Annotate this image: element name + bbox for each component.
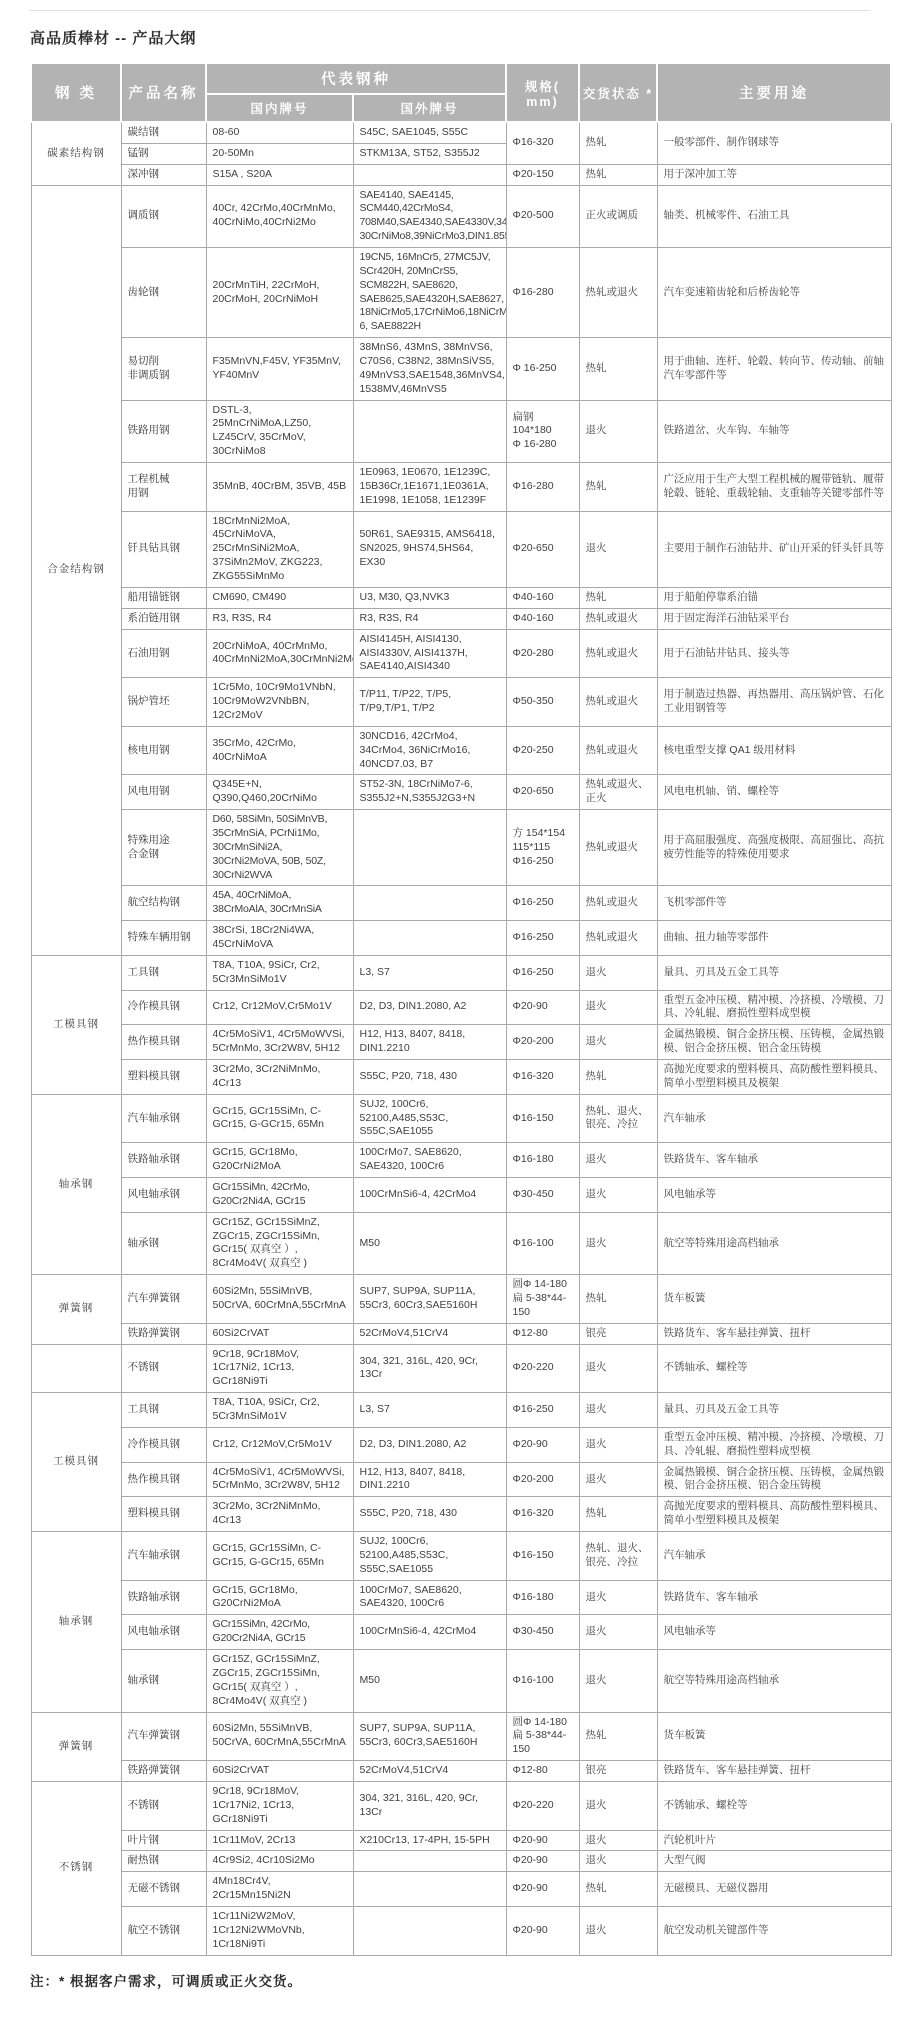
spec-cell: Φ16-250 bbox=[506, 1393, 579, 1428]
header-rep-grades: 代表钢种 bbox=[206, 63, 506, 94]
spec-cell: 方 154*154 115*115 Φ16-250 bbox=[506, 810, 579, 886]
usage-cell: 用于船舶停靠系泊锚 bbox=[657, 587, 891, 608]
domestic-grade-cell: 60Si2CrVAT bbox=[206, 1323, 353, 1344]
foreign-grade-cell bbox=[353, 400, 506, 462]
footer-note: 注：* 根据客户需求，可调质或正火交货。 bbox=[30, 1970, 870, 1990]
usage-cell: 金属热锻模、铜合金挤压模、压铸模，金属热锻模、铝合金挤压模、铝合金压铸模 bbox=[657, 1025, 891, 1060]
spec-cell: Φ20-250 bbox=[506, 726, 579, 775]
domestic-grade-cell: 60Si2Mn, 55SiMnVB, 50CrVA, 60CrMnA,55CrM… bbox=[206, 1275, 353, 1324]
usage-cell: 用于石油钻井钻具、接头等 bbox=[657, 629, 891, 678]
spec-cell: Φ20-90 bbox=[506, 1830, 579, 1851]
steel-class-cell: 工模具钢 bbox=[31, 1393, 121, 1532]
table-row: 核电用钢35CrMo, 42CrMo, 40CrNiMoA30NCD16, 42… bbox=[31, 726, 891, 775]
delivery-cell: 热轧或退火 bbox=[579, 608, 657, 629]
delivery-cell: 退火 bbox=[579, 1650, 657, 1712]
delivery-cell: 银亮 bbox=[579, 1761, 657, 1782]
foreign-grade-cell: SUJ2, 100Cr6, 52100,A485,S53C, S55C,SAE1… bbox=[353, 1532, 506, 1581]
table-row: 热作模具钢4Cr5MoSiV1, 4Cr5MoWVSi, 5CrMnMo, 3C… bbox=[31, 1462, 891, 1497]
domestic-grade-cell: 45A, 40CrNiMoA, 38CrMoAlA, 30CrMnSiA bbox=[206, 886, 353, 921]
usage-cell: 无磁模具、无磁仪器用 bbox=[657, 1872, 891, 1907]
product-name-cell: 轴承钢 bbox=[121, 1212, 206, 1274]
delivery-cell: 正火或调质 bbox=[579, 185, 657, 247]
domestic-grade-cell: GCr15Z, GCr15SiMnZ, ZGCr15, ZGCr15SiMn, … bbox=[206, 1212, 353, 1274]
foreign-grade-cell: 52CrMoV4,51CrV4 bbox=[353, 1323, 506, 1344]
spec-cell: Φ16-280 bbox=[506, 463, 579, 512]
table-row: 工模具钢工具钢T8A, T10A, 9SiCr, Cr2, 5Cr3MnSiMo… bbox=[31, 1393, 891, 1428]
usage-cell: 金属热锻模、铜合金挤压模、压铸模，金属热锻模、铝合金挤压模、铝合金压铸模 bbox=[657, 1462, 891, 1497]
product-name-cell: 碳结钢 bbox=[121, 122, 206, 143]
spec-cell: Φ20-90 bbox=[506, 1851, 579, 1872]
domestic-grade-cell: 1Cr11Ni2W2MoV, 1Cr12Ni2WMoVNb, 1Cr18Ni9T… bbox=[206, 1906, 353, 1955]
delivery-cell: 热轧 bbox=[579, 164, 657, 185]
product-name-cell: 核电用钢 bbox=[121, 726, 206, 775]
delivery-cell: 退火 bbox=[579, 1344, 657, 1393]
spec-cell: Φ20-90 bbox=[506, 990, 579, 1025]
header-steel-class: 钢 类 bbox=[31, 63, 121, 122]
domestic-grade-cell: 9Cr18, 9Cr18MoV, 1Cr17Ni2, 1Cr13, GCr18N… bbox=[206, 1781, 353, 1830]
steel-class-cell: 不锈钢 bbox=[31, 1781, 121, 1955]
usage-cell: 用于深冲加工等 bbox=[657, 164, 891, 185]
spec-cell: Φ50-350 bbox=[506, 678, 579, 727]
usage-cell: 重型五金冲压模、精冲模、冷挤模、冷墩模、刀具、冷轧辊、磨损性塑料成型模 bbox=[657, 1427, 891, 1462]
usage-cell: 汽车轴承 bbox=[657, 1094, 891, 1143]
product-name-cell: 风电轴承钢 bbox=[121, 1178, 206, 1213]
delivery-cell: 热轧 bbox=[579, 463, 657, 512]
delivery-cell: 热轧或退火 bbox=[579, 726, 657, 775]
spec-cell: Φ20-200 bbox=[506, 1025, 579, 1060]
table-row: 锅炉管坯1Cr5Mo, 10Cr9Mo1VNbN, 10Cr9MoW2VNbBN… bbox=[31, 678, 891, 727]
delivery-cell: 退火 bbox=[579, 1851, 657, 1872]
product-name-cell: 塑料模具钢 bbox=[121, 1497, 206, 1532]
product-name-cell: 易切削 非调质钢 bbox=[121, 338, 206, 400]
domestic-grade-cell: 60Si2CrVAT bbox=[206, 1761, 353, 1782]
product-name-cell: 热作模具钢 bbox=[121, 1025, 206, 1060]
foreign-grade-cell: L3, S7 bbox=[353, 1393, 506, 1428]
foreign-grade-cell: 304, 321, 316L, 420, 9Cr, 13Cr bbox=[353, 1344, 506, 1393]
foreign-grade-cell: 50R61, SAE9315, AMS6418, SN2025, 9HS74,5… bbox=[353, 511, 506, 587]
table-row: 特殊车辆用钢38CrSi, 18Cr2Ni4WA, 45CrNiMoVAΦ16-… bbox=[31, 921, 891, 956]
domestic-grade-cell: GCr15, GCr18Mo, G20CrNi2MoA bbox=[206, 1143, 353, 1178]
foreign-grade-cell: 52CrMoV4,51CrV4 bbox=[353, 1761, 506, 1782]
foreign-grade-cell bbox=[353, 1872, 506, 1907]
steel-class-cell: 合金结构钢 bbox=[31, 185, 121, 955]
spec-cell: Φ12-80 bbox=[506, 1323, 579, 1344]
table-row: 轴承钢GCr15Z, GCr15SiMnZ, ZGCr15, ZGCr15SiM… bbox=[31, 1212, 891, 1274]
delivery-cell: 热轧或退火 bbox=[579, 886, 657, 921]
domestic-grade-cell: 4Cr5MoSiV1, 4Cr5MoWVSi, 5CrMnMo, 3Cr2W8V… bbox=[206, 1025, 353, 1060]
header-delivery: 交货状态 * bbox=[579, 63, 657, 122]
delivery-cell: 热轧或退火 bbox=[579, 810, 657, 886]
table-row: 热作模具钢4Cr5MoSiV1, 4Cr5MoWVSi, 5CrMnMo, 3C… bbox=[31, 1025, 891, 1060]
product-name-cell: 铁路弹簧钢 bbox=[121, 1323, 206, 1344]
usage-cell: 轴类、机械零件、石油工具 bbox=[657, 185, 891, 247]
foreign-grade-cell: 30NCD16, 42CrMo4, 34CrMo4, 36NiCrMo16, 4… bbox=[353, 726, 506, 775]
foreign-grade-cell: SUP7, SUP9A, SUP11A, 55Cr3, 60Cr3,SAE516… bbox=[353, 1712, 506, 1761]
product-name-cell: 工具钢 bbox=[121, 1393, 206, 1428]
domestic-grade-cell: S15A , S20A bbox=[206, 164, 353, 185]
delivery-cell: 热轧或退火、正火 bbox=[579, 775, 657, 810]
product-name-cell: 冷作模具钢 bbox=[121, 1427, 206, 1462]
product-name-cell: 调质钢 bbox=[121, 185, 206, 247]
steel-class-cell: 轴承钢 bbox=[31, 1094, 121, 1274]
delivery-cell: 热轧 bbox=[579, 122, 657, 164]
product-name-cell: 无磁不锈钢 bbox=[121, 1872, 206, 1907]
domestic-grade-cell: Q345E+N, Q390,Q460,20CrNiMo bbox=[206, 775, 353, 810]
domestic-grade-cell: 9Cr18, 9Cr18MoV, 1Cr17Ni2, 1Cr13, GCr18N… bbox=[206, 1344, 353, 1393]
domestic-grade-cell: 20-50Mn bbox=[206, 143, 353, 164]
usage-cell: 高抛光度要求的塑料模具、高防酸性塑料模具、简单小型塑料模具及模架 bbox=[657, 1059, 891, 1094]
usage-cell: 航空发动机关键部件等 bbox=[657, 1906, 891, 1955]
delivery-cell: 热轧 bbox=[579, 1497, 657, 1532]
spec-cell: Φ20-90 bbox=[506, 1427, 579, 1462]
domestic-grade-cell: DSTL-3, 25MnCrNiMoA,LZ50, LZ45CrV, 35CrM… bbox=[206, 400, 353, 462]
foreign-grade-cell: SUJ2, 100Cr6, 52100,A485,S53C, S55C,SAE1… bbox=[353, 1094, 506, 1143]
domestic-grade-cell: GCr15, GCr15SiMn, C-GCr15, G-GCr15, 65Mn bbox=[206, 1094, 353, 1143]
table-row: 轴承钢汽车轴承钢GCr15, GCr15SiMn, C-GCr15, G-GCr… bbox=[31, 1532, 891, 1581]
usage-cell: 核电重型支撑 QA1 级用材料 bbox=[657, 726, 891, 775]
usage-cell: 铁路货车、客车轴承 bbox=[657, 1580, 891, 1615]
table-row: 轴承钢汽车轴承钢GCr15, GCr15SiMn, C-GCr15, G-GCr… bbox=[31, 1094, 891, 1143]
steel-class-cell: 工模具钢 bbox=[31, 955, 121, 1094]
foreign-grade-cell: S45C, SAE1045, S55C bbox=[353, 122, 506, 143]
delivery-cell: 退火 bbox=[579, 1830, 657, 1851]
product-name-cell: 锅炉管坯 bbox=[121, 678, 206, 727]
foreign-grade-cell bbox=[353, 810, 506, 886]
delivery-cell: 退火 bbox=[579, 1615, 657, 1650]
steel-class-cell: 弹簧钢 bbox=[31, 1712, 121, 1781]
table-row: 耐热钢4Cr9Si2, 4Cr10Si2MoΦ20-90退火大型气阀 bbox=[31, 1851, 891, 1872]
usage-cell: 铁路货车、客车悬挂弹簧、扭杆 bbox=[657, 1761, 891, 1782]
table-row: 叶片钢1Cr11MoV, 2Cr13X210Cr13, 17-4PH, 15-5… bbox=[31, 1830, 891, 1851]
domestic-grade-cell: 35CrMo, 42CrMo, 40CrNiMoA bbox=[206, 726, 353, 775]
usage-cell: 用于曲轴、连杆、轮毂、转向节、传动轴、前轴汽车零部件等 bbox=[657, 338, 891, 400]
domestic-grade-cell: 20CrNiMoA, 40CrMnMo, 40CrMnNi2MoA,30CrMn… bbox=[206, 629, 353, 678]
domestic-grade-cell: 3Cr2Mo, 3Cr2NiMnMo, 4Cr13 bbox=[206, 1497, 353, 1532]
foreign-grade-cell: X210Cr13, 17-4PH, 15-5PH bbox=[353, 1830, 506, 1851]
usage-cell: 主要用于制作石油钻井、矿山开采的钎头钎具等 bbox=[657, 511, 891, 587]
table-row: 铁路用钢DSTL-3, 25MnCrNiMoA,LZ50, LZ45CrV, 3… bbox=[31, 400, 891, 462]
usage-cell: 不锈轴承、螺栓等 bbox=[657, 1781, 891, 1830]
spec-cell: Φ30-450 bbox=[506, 1178, 579, 1213]
delivery-cell: 退火 bbox=[579, 1212, 657, 1274]
domestic-grade-cell: 38CrSi, 18Cr2Ni4WA, 45CrNiMoVA bbox=[206, 921, 353, 956]
spec-cell: Φ20-280 bbox=[506, 629, 579, 678]
table-row: 风电用钢Q345E+N, Q390,Q460,20CrNiMoST52-3N, … bbox=[31, 775, 891, 810]
usage-cell: 货车板簧 bbox=[657, 1712, 891, 1761]
delivery-cell: 退火 bbox=[579, 1427, 657, 1462]
delivery-cell: 热轧或退火 bbox=[579, 921, 657, 956]
foreign-grade-cell: 100CrMo7, SAE8620, SAE4320, 100Cr6 bbox=[353, 1143, 506, 1178]
table-row: 弹簧钢汽车弹簧钢60Si2Mn, 55SiMnVB, 50CrVA, 60CrM… bbox=[31, 1275, 891, 1324]
delivery-cell: 热轧 bbox=[579, 338, 657, 400]
product-name-cell: 铁路轴承钢 bbox=[121, 1580, 206, 1615]
product-name-cell: 石油用钢 bbox=[121, 629, 206, 678]
foreign-grade-cell: ST52-3N, 18CrNiMo7-6, S355J2+N,S355J2G3+… bbox=[353, 775, 506, 810]
usage-cell: 量具、刃具及五金工具等 bbox=[657, 1393, 891, 1428]
product-name-cell: 锰钢 bbox=[121, 143, 206, 164]
foreign-grade-cell: T/P11, T/P22, T/P5, T/P9,T/P1, T/P2 bbox=[353, 678, 506, 727]
foreign-grade-cell: 100CrMnSi6-4, 42CrMo4 bbox=[353, 1615, 506, 1650]
domestic-grade-cell: 35MnB, 40CrBM, 35VB, 45B bbox=[206, 463, 353, 512]
usage-cell: 货车板簧 bbox=[657, 1275, 891, 1324]
delivery-cell: 退火 bbox=[579, 955, 657, 990]
product-name-cell: 齿轮钢 bbox=[121, 248, 206, 338]
spec-cell: Φ16-150 bbox=[506, 1532, 579, 1581]
table-row: 风电轴承钢GCr15SiMn, 42CrMo, G20Cr2Ni4A, GCr1… bbox=[31, 1615, 891, 1650]
foreign-grade-cell bbox=[353, 921, 506, 956]
domestic-grade-cell: 4Mn18Cr4V, 2Cr15Mn15Ni2N bbox=[206, 1872, 353, 1907]
delivery-cell: 退火 bbox=[579, 1906, 657, 1955]
foreign-grade-cell: M50 bbox=[353, 1650, 506, 1712]
product-name-cell: 特殊车辆用钢 bbox=[121, 921, 206, 956]
product-outline-table: 钢 类 产品名称 代表钢种 规格( mm) 交货状态 * 主要用途 国内牌号 国… bbox=[30, 62, 892, 1956]
delivery-cell: 退火 bbox=[579, 1178, 657, 1213]
domestic-grade-cell: GCr15, GCr15SiMn, C-GCr15, G-GCr15, 65Mn bbox=[206, 1532, 353, 1581]
domestic-grade-cell: CM690, CM490 bbox=[206, 587, 353, 608]
table-row: 碳素结构钢碳结钢08-60S45C, SAE1045, S55CΦ16-320热… bbox=[31, 122, 891, 143]
delivery-cell: 退火 bbox=[579, 1462, 657, 1497]
delivery-cell: 退火 bbox=[579, 1580, 657, 1615]
foreign-grade-cell: M50 bbox=[353, 1212, 506, 1274]
domestic-grade-cell: D60, 58SiMn, 50SiMnVB, 35CrMnSiA, PCrNi1… bbox=[206, 810, 353, 886]
foreign-grade-cell: 19CN5, 16MnCr5, 27MC5JV, SCr420H, 20MnCr… bbox=[353, 248, 506, 338]
domestic-grade-cell: F35MnVN,F45V, YF35MnV, YF40MnV bbox=[206, 338, 353, 400]
spec-cell: Φ20-200 bbox=[506, 1462, 579, 1497]
foreign-grade-cell: 100CrMo7, SAE8620, SAE4320, 100Cr6 bbox=[353, 1580, 506, 1615]
spec-cell: Φ16-150 bbox=[506, 1094, 579, 1143]
product-name-cell: 汽车轴承钢 bbox=[121, 1094, 206, 1143]
steel-class-cell bbox=[31, 1344, 121, 1393]
spec-cell: Φ20-500 bbox=[506, 185, 579, 247]
spec-cell: Φ16-100 bbox=[506, 1650, 579, 1712]
header-row-main: 钢 类 产品名称 代表钢种 规格( mm) 交货状态 * 主要用途 bbox=[31, 63, 891, 94]
page-title: 高品质棒材 -- 产品大纲 bbox=[30, 27, 870, 48]
spec-cell: 圆Φ 14-180 扁 5-38*44-150 bbox=[506, 1275, 579, 1324]
table-row: 钎具钻具钢18CrMnNi2MoA, 45CrNiMoVA, 25CrMnSiN… bbox=[31, 511, 891, 587]
spec-cell: Φ16-180 bbox=[506, 1580, 579, 1615]
table-row: 深冲钢S15A , S20AΦ20-150热轧用于深冲加工等 bbox=[31, 164, 891, 185]
product-name-cell: 工程机械 用钢 bbox=[121, 463, 206, 512]
delivery-cell: 热轧 bbox=[579, 1712, 657, 1761]
table-row: 特殊用途 合金钢D60, 58SiMn, 50SiMnVB, 35CrMnSiA… bbox=[31, 810, 891, 886]
domestic-grade-cell: 20CrMnTiH, 22CrMoH, 20CrMoH, 20CrNiMoH bbox=[206, 248, 353, 338]
foreign-grade-cell: S55C, P20, 718, 430 bbox=[353, 1497, 506, 1532]
delivery-cell: 热轧 bbox=[579, 1872, 657, 1907]
document-page: 高品质棒材 -- 产品大纲 钢 类 产品名称 代表钢种 规格( mm) 交货状态… bbox=[0, 0, 900, 2020]
usage-cell: 铁路货车、客车轴承 bbox=[657, 1143, 891, 1178]
spec-cell: Φ20-90 bbox=[506, 1872, 579, 1907]
delivery-cell: 热轧、退火、银亮、冷拉 bbox=[579, 1532, 657, 1581]
usage-cell: 风电轴承等 bbox=[657, 1615, 891, 1650]
spec-cell: Φ16-320 bbox=[506, 122, 579, 164]
table-row: 工程机械 用钢35MnB, 40CrBM, 35VB, 45B1E0963, 1… bbox=[31, 463, 891, 512]
page-top-rule bbox=[30, 10, 870, 11]
header-foreign-grade: 国外牌号 bbox=[353, 94, 506, 122]
usage-cell: 广泛应用于生产大型工程机械的履带链轨、履带轮毂、链轮、重载轮轴、支重轴等关键零部… bbox=[657, 463, 891, 512]
table-row: 合金结构钢调质钢40Cr, 42CrMo,40CrMnMo, 40CrNiMo,… bbox=[31, 185, 891, 247]
spec-cell: Φ20-90 bbox=[506, 1906, 579, 1955]
table-row: 铁路弹簧钢60Si2CrVAT52CrMoV4,51CrV4Φ12-80银亮铁路… bbox=[31, 1761, 891, 1782]
spec-cell: Φ20-220 bbox=[506, 1781, 579, 1830]
spec-cell: 圆Φ 14-180 扁 5-38*44-150 bbox=[506, 1712, 579, 1761]
delivery-cell: 退火 bbox=[579, 400, 657, 462]
usage-cell: 用于高屈服强度、高强度极限、高屈强比、高抗疲劳性能等的特殊使用要求 bbox=[657, 810, 891, 886]
product-name-cell: 不锈钢 bbox=[121, 1781, 206, 1830]
product-name-cell: 叶片钢 bbox=[121, 1830, 206, 1851]
domestic-grade-cell: 1Cr5Mo, 10Cr9Mo1VNbN, 10Cr9MoW2VNbBN, 12… bbox=[206, 678, 353, 727]
table-row: 铁路弹簧钢60Si2CrVAT52CrMoV4,51CrV4Φ12-80银亮铁路… bbox=[31, 1323, 891, 1344]
table-row: 轴承钢GCr15Z, GCr15SiMnZ, ZGCr15, ZGCr15SiM… bbox=[31, 1650, 891, 1712]
domestic-grade-cell: 40Cr, 42CrMo,40CrMnMo, 40CrNiMo,40CrNi2M… bbox=[206, 185, 353, 247]
domestic-grade-cell: 08-60 bbox=[206, 122, 353, 143]
usage-cell: 铁路货车、客车悬挂弹簧、扭杆 bbox=[657, 1323, 891, 1344]
domestic-grade-cell: GCr15SiMn, 42CrMo, G20Cr2Ni4A, GCr15 bbox=[206, 1178, 353, 1213]
steel-class-cell: 弹簧钢 bbox=[31, 1275, 121, 1344]
product-name-cell: 船用锚链钢 bbox=[121, 587, 206, 608]
spec-cell: Φ 16-250 bbox=[506, 338, 579, 400]
table-row: 无磁不锈钢4Mn18Cr4V, 2Cr15Mn15Ni2NΦ20-90热轧无磁模… bbox=[31, 1872, 891, 1907]
delivery-cell: 退火 bbox=[579, 990, 657, 1025]
domestic-grade-cell: T8A, T10A, 9SiCr, Cr2, 5Cr3MnSiMo1V bbox=[206, 955, 353, 990]
domestic-grade-cell: GCr15SiMn, 42CrMo, G20Cr2Ni4A, GCr15 bbox=[206, 1615, 353, 1650]
foreign-grade-cell bbox=[353, 1851, 506, 1872]
usage-cell: 风电电机轴、销、螺栓等 bbox=[657, 775, 891, 810]
foreign-grade-cell: S55C, P20, 718, 430 bbox=[353, 1059, 506, 1094]
delivery-cell: 退火 bbox=[579, 1025, 657, 1060]
product-name-cell: 耐热钢 bbox=[121, 1851, 206, 1872]
spec-cell: Φ30-450 bbox=[506, 1615, 579, 1650]
foreign-grade-cell: D2, D3, DIN1.2080, A2 bbox=[353, 1427, 506, 1462]
product-name-cell: 工具钢 bbox=[121, 955, 206, 990]
usage-cell: 汽轮机叶片 bbox=[657, 1830, 891, 1851]
table-row: 不锈钢不锈钢9Cr18, 9Cr18MoV, 1Cr17Ni2, 1Cr13, … bbox=[31, 1781, 891, 1830]
domestic-grade-cell: 4Cr5MoSiV1, 4Cr5MoWVSi, 5CrMnMo, 3Cr2W8V… bbox=[206, 1462, 353, 1497]
table-row: 冷作模具钢Cr12, Cr12MoV,Cr5Mo1VD2, D3, DIN1.2… bbox=[31, 990, 891, 1025]
foreign-grade-cell: H12, H13, 8407, 8418, DIN1.2210 bbox=[353, 1462, 506, 1497]
foreign-grade-cell: SUP7, SUP9A, SUP11A, 55Cr3, 60Cr3,SAE516… bbox=[353, 1275, 506, 1324]
foreign-grade-cell: 100CrMnSi6-4, 42CrMo4 bbox=[353, 1178, 506, 1213]
usage-cell: 高抛光度要求的塑料模具、高防酸性塑料模具、简单小型塑料模具及模架 bbox=[657, 1497, 891, 1532]
spec-cell: Φ40-160 bbox=[506, 587, 579, 608]
usage-cell: 一般零部件、制作钢球等 bbox=[657, 122, 891, 164]
delivery-cell: 热轧或退火 bbox=[579, 248, 657, 338]
spec-cell: Φ16-250 bbox=[506, 955, 579, 990]
foreign-grade-cell: STKM13A, ST52, S355J2 bbox=[353, 143, 506, 164]
spec-cell: Φ16-250 bbox=[506, 921, 579, 956]
product-name-cell: 汽车弹簧钢 bbox=[121, 1275, 206, 1324]
foreign-grade-cell bbox=[353, 1906, 506, 1955]
product-name-cell: 风电轴承钢 bbox=[121, 1615, 206, 1650]
spec-cell: Φ16-250 bbox=[506, 886, 579, 921]
product-name-cell: 轴承钢 bbox=[121, 1650, 206, 1712]
spec-cell: Φ20-220 bbox=[506, 1344, 579, 1393]
usage-cell: 风电轴承等 bbox=[657, 1178, 891, 1213]
delivery-cell: 热轧 bbox=[579, 1275, 657, 1324]
usage-cell: 量具、刃具及五金工具等 bbox=[657, 955, 891, 990]
delivery-cell: 退火 bbox=[579, 511, 657, 587]
usage-cell: 飞机零部件等 bbox=[657, 886, 891, 921]
table-row: 系泊链用钢R3, R3S, R4R3, R3S, R4Φ40-160热轧或退火用… bbox=[31, 608, 891, 629]
product-name-cell: 铁路弹簧钢 bbox=[121, 1761, 206, 1782]
table-row: 船用锚链钢CM690, CM490U3, M30, Q3,NVK3Φ40-160… bbox=[31, 587, 891, 608]
usage-cell: 航空等特殊用途高档轴承 bbox=[657, 1212, 891, 1274]
delivery-cell: 退火 bbox=[579, 1393, 657, 1428]
spec-cell: Φ20-650 bbox=[506, 511, 579, 587]
domestic-grade-cell: Cr12, Cr12MoV,Cr5Mo1V bbox=[206, 1427, 353, 1462]
foreign-grade-cell bbox=[353, 886, 506, 921]
usage-cell: 用于固定海洋石油钻采平台 bbox=[657, 608, 891, 629]
product-name-cell: 塑料模具钢 bbox=[121, 1059, 206, 1094]
usage-cell: 汽车变速箱齿轮和后桥齿轮等 bbox=[657, 248, 891, 338]
foreign-grade-cell: H12, H13, 8407, 8418, DIN1.2210 bbox=[353, 1025, 506, 1060]
domestic-grade-cell: 4Cr9Si2, 4Cr10Si2Mo bbox=[206, 1851, 353, 1872]
table-row: 航空结构钢45A, 40CrNiMoA, 38CrMoAlA, 30CrMnSi… bbox=[31, 886, 891, 921]
spec-cell: Φ20-150 bbox=[506, 164, 579, 185]
domestic-grade-cell: 1Cr11MoV, 2Cr13 bbox=[206, 1830, 353, 1851]
product-name-cell: 汽车轴承钢 bbox=[121, 1532, 206, 1581]
table-row: 齿轮钢20CrMnTiH, 22CrMoH, 20CrMoH, 20CrNiMo… bbox=[31, 248, 891, 338]
table-header: 钢 类 产品名称 代表钢种 规格( mm) 交货状态 * 主要用途 国内牌号 国… bbox=[31, 63, 891, 122]
delivery-cell: 退火 bbox=[579, 1143, 657, 1178]
foreign-grade-cell bbox=[353, 164, 506, 185]
product-name-cell: 风电用钢 bbox=[121, 775, 206, 810]
table-row: 冷作模具钢Cr12, Cr12MoV,Cr5Mo1VD2, D3, DIN1.2… bbox=[31, 1427, 891, 1462]
table-row: 铁路轴承钢GCr15, GCr18Mo, G20CrNi2MoA100CrMo7… bbox=[31, 1580, 891, 1615]
product-name-cell: 钎具钻具钢 bbox=[121, 511, 206, 587]
product-name-cell: 深冲钢 bbox=[121, 164, 206, 185]
domestic-grade-cell: R3, R3S, R4 bbox=[206, 608, 353, 629]
usage-cell: 大型气阀 bbox=[657, 1851, 891, 1872]
usage-cell: 汽车轴承 bbox=[657, 1532, 891, 1581]
table-row: 易切削 非调质钢F35MnVN,F45V, YF35MnV, YF40MnV38… bbox=[31, 338, 891, 400]
delivery-cell: 退火 bbox=[579, 1781, 657, 1830]
product-name-cell: 冷作模具钢 bbox=[121, 990, 206, 1025]
usage-cell: 铁路道岔、火车钩、车轴等 bbox=[657, 400, 891, 462]
usage-cell: 不锈轴承、螺栓等 bbox=[657, 1344, 891, 1393]
foreign-grade-cell: 1E0963, 1E0670, 1E1239C, 15B36Cr,1E1671,… bbox=[353, 463, 506, 512]
table-row: 石油用钢20CrNiMoA, 40CrMnMo, 40CrMnNi2MoA,30… bbox=[31, 629, 891, 678]
domestic-grade-cell: GCr15Z, GCr15SiMnZ, ZGCr15, ZGCr15SiMn, … bbox=[206, 1650, 353, 1712]
spec-cell: Φ16-320 bbox=[506, 1059, 579, 1094]
product-name-cell: 系泊链用钢 bbox=[121, 608, 206, 629]
delivery-cell: 热轧或退火 bbox=[579, 678, 657, 727]
steel-class-cell: 轴承钢 bbox=[31, 1532, 121, 1712]
header-domestic-grade: 国内牌号 bbox=[206, 94, 353, 122]
table-row: 塑料模具钢3Cr2Mo, 3Cr2NiMnMo, 4Cr13S55C, P20,… bbox=[31, 1497, 891, 1532]
domestic-grade-cell: Cr12, Cr12MoV,Cr5Mo1V bbox=[206, 990, 353, 1025]
product-name-cell: 特殊用途 合金钢 bbox=[121, 810, 206, 886]
domestic-grade-cell: T8A, T10A, 9SiCr, Cr2, 5Cr3MnSiMo1V bbox=[206, 1393, 353, 1428]
foreign-grade-cell: 304, 321, 316L, 420, 9Cr, 13Cr bbox=[353, 1781, 506, 1830]
usage-cell: 航空等特殊用途高档轴承 bbox=[657, 1650, 891, 1712]
domestic-grade-cell: 3Cr2Mo, 3Cr2NiMnMo, 4Cr13 bbox=[206, 1059, 353, 1094]
foreign-grade-cell: SAE4140, SAE4145, SCM440,42CrMoS4, 708M4… bbox=[353, 185, 506, 247]
spec-cell: Φ16-280 bbox=[506, 248, 579, 338]
steel-class-cell: 碳素结构钢 bbox=[31, 122, 121, 185]
domestic-grade-cell: 60Si2Mn, 55SiMnVB, 50CrVA, 60CrMnA,55CrM… bbox=[206, 1712, 353, 1761]
usage-cell: 重型五金冲压模、精冲模、冷挤模、冷墩模、刀具、冷轧辊、磨损性塑料成型模 bbox=[657, 990, 891, 1025]
usage-cell: 用于制造过热器、再热器用、高压锅炉管、石化工业用钢管等 bbox=[657, 678, 891, 727]
foreign-grade-cell: U3, M30, Q3,NVK3 bbox=[353, 587, 506, 608]
table-row: 不锈钢9Cr18, 9Cr18MoV, 1Cr17Ni2, 1Cr13, GCr… bbox=[31, 1344, 891, 1393]
table-row: 航空不锈钢1Cr11Ni2W2MoV, 1Cr12Ni2WMoVNb, 1Cr1… bbox=[31, 1906, 891, 1955]
product-name-cell: 热作模具钢 bbox=[121, 1462, 206, 1497]
usage-cell: 曲轴、扭力轴等零部件 bbox=[657, 921, 891, 956]
domestic-grade-cell: 18CrMnNi2MoA, 45CrNiMoVA, 25CrMnSiNi2MoA… bbox=[206, 511, 353, 587]
foreign-grade-cell: R3, R3S, R4 bbox=[353, 608, 506, 629]
delivery-cell: 热轧或退火 bbox=[579, 629, 657, 678]
product-name-cell: 汽车弹簧钢 bbox=[121, 1712, 206, 1761]
